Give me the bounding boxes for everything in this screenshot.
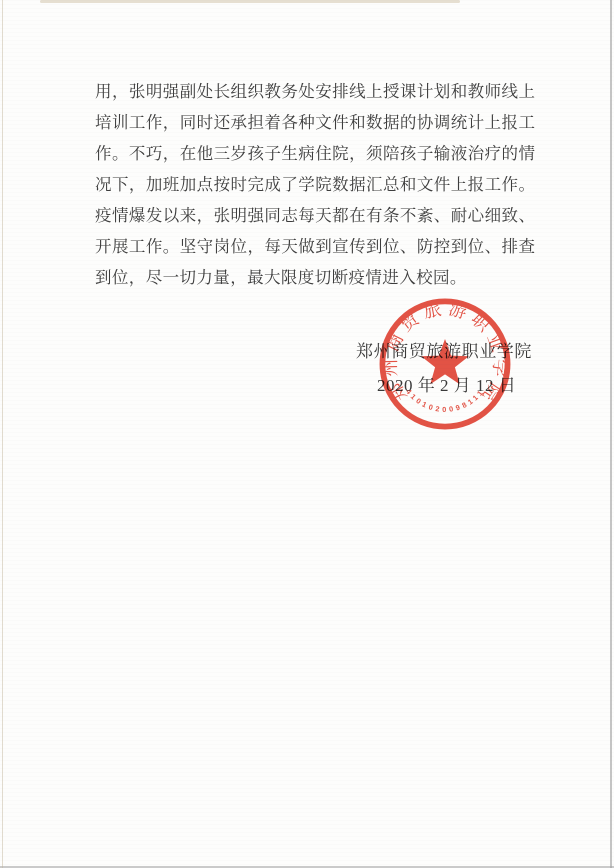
document-page: 用，张明强副处长组织教务处安排线上授课计划和教师线上 培训工作，同时还承担着各种…: [0, 0, 614, 868]
seal-star-icon: [421, 339, 469, 384]
text-line: 疫情爆发以来，张明强同志每天都在有条不紊、耐心细致、: [95, 200, 535, 231]
text-line: 培训工作，同时还承担着各种文件和数据的协调统计上报工: [95, 107, 535, 138]
text-line: 作。不巧，在他三岁孩子生病住院，须陪孩子输液治疗的情: [95, 138, 535, 169]
scan-edge-left: [2, 0, 3, 868]
body-paragraph: 用，张明强副处长组织教务处安排线上授课计划和教师线上 培训工作，同时还承担着各种…: [95, 76, 535, 293]
seal-serial-number: 4101020098111: [404, 386, 487, 414]
official-seal: 郑州商贸旅游职业学院 4101020098111: [372, 291, 518, 437]
text-line: 况下，加班加点按时完成了学院数据汇总和文件上报工作。: [95, 169, 535, 200]
scan-edge-top: [40, 0, 460, 3]
text-line: 到位，尽一切力量，最大限度切断疫情进入校园。: [95, 262, 535, 293]
svg-text:4101020098111: 4101020098111: [404, 386, 487, 414]
text-line: 用，张明强副处长组织教务处安排线上授课计划和教师线上: [95, 76, 535, 107]
scan-edge-right: [610, 0, 612, 868]
text-line: 开展工作。坚守岗位，每天做到宣传到位、防控到位、排查: [95, 231, 535, 262]
